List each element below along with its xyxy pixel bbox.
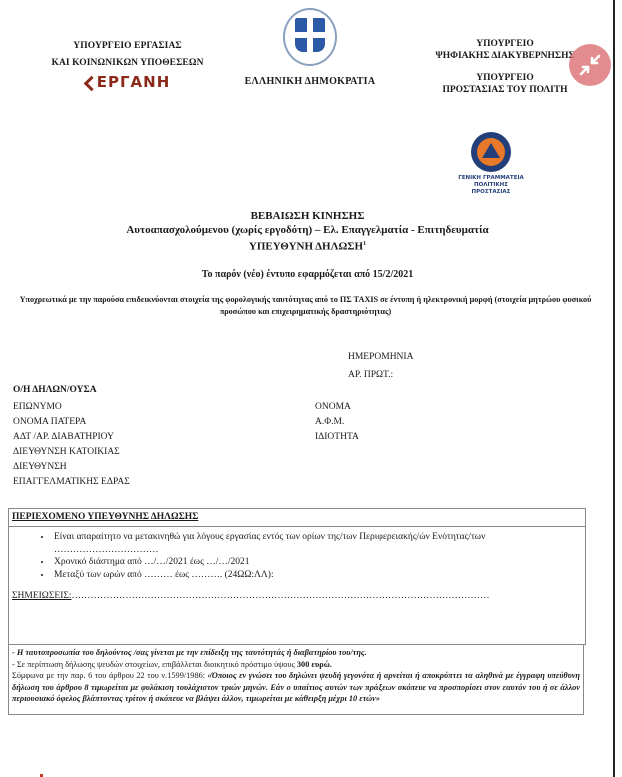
- page-edge-line: [613, 0, 615, 777]
- civil-protection-line-1: ΓΕΝΙΚΗ ΓΡΑΜΜΑΤΕΙΑ: [455, 175, 527, 182]
- effective-date-note: Το παρόν (νέο) έντυπο εφαρμόζεται από 15…: [0, 269, 615, 280]
- bullet-time-period: Χρονικό διάστημα από …/…/2021 έως …/…/20…: [52, 556, 585, 569]
- field-business-address-2: ΕΠΑΓΓΕΛΜΑΤΙΚΗΣ ΕΔΡΑΣ: [13, 475, 130, 490]
- notes-label: ΣΗΜΕΙΩΣΕΙΣ:: [12, 591, 72, 601]
- digital-ministry-line-1: ΥΠΟΥΡΓΕΙΟ: [410, 38, 600, 50]
- footer-fine-text: - Σε περίπτωση δήλωσης ψευδών στοιχείων,…: [12, 660, 297, 669]
- ergani-chevron-icon: [85, 76, 96, 90]
- field-capacity: ΙΔΙΟΤΗΤΑ: [315, 430, 359, 445]
- labour-ministry-line-2: ΚΑΙ ΚΟΙΝΩΝΙΚΩΝ ΥΠΟΘΕΣΕΩΝ: [40, 55, 215, 72]
- date-protocol-block: ΗΜΕΡΟΜΗΝΙΑ ΑΡ. ΠΡΩΤ.:: [348, 348, 413, 384]
- bullet-work-movement: Είναι απαραίτητο να μετακινηθώ για λόγου…: [52, 531, 585, 556]
- document-title: ΒΕΒΑΙΩΣΗ ΚΙΝΗΣΗΣ Αυτοαπασχολούμενου (χωρ…: [0, 209, 615, 254]
- taxis-notice: Υποχρεωτικά με την παρούσα επιδεικνύοντα…: [8, 294, 603, 318]
- footer-fine-amount: 300 ευρώ.: [297, 660, 332, 669]
- ergani-logo: ΕΡΓΑΝΗ: [40, 74, 215, 91]
- hellenic-republic-text: ΕΛΛΗΝΙΚΗ ΔΗΜΟΚΡΑΤΙΑ: [235, 76, 385, 87]
- title-line-1: ΒΕΒΑΙΩΣΗ ΚΙΝΗΣΗΣ: [0, 209, 615, 223]
- shrink-view-button[interactable]: [569, 44, 611, 86]
- title-line-2: Αυτοαπασχολούμενου (χωρίς εργοδότη) – Ελ…: [0, 223, 615, 237]
- field-tax-number: Α.Φ.Μ.: [315, 415, 359, 430]
- bullet-hours: Μεταξύ των ωρών από ……… έως ………. (24ΩΩ:Λ…: [52, 569, 585, 582]
- legal-footer-box: - Η ταυτοπροσωπία του δηλούντος /σας γίν…: [8, 644, 584, 715]
- civil-protection-logo: ΓΕΝΙΚΗ ΓΡΑΜΜΑΤΕΙΑ ΠΟΛΙΤΙΚΗΣ ΠΡΟΣΤΑΣΙΑΣ: [455, 132, 527, 196]
- citizen-protection-line-2: ΠΡΟΣΤΑΣΙΑΣ ΤΟΥ ΠΟΛΙΤΗ: [410, 84, 600, 96]
- shrink-arrows-icon: [578, 53, 602, 77]
- declarant-heading: Ο/Η ΔΗΛΩΝ/ΟΥΣΑ: [13, 385, 97, 395]
- footer-fine-note: - Σε περίπτωση δήλωσης ψευδών στοιχείων,…: [12, 659, 580, 671]
- declarant-fields-left: ΕΠΩΝΥΜΟ ΟΝΟΜΑ ΠΑΤΕΡΑ ΑΔΤ /ΑΡ. ΔΙΑΒΑΤΗΡΙΟ…: [13, 400, 130, 490]
- title-line-3: ΥΠΕΥΘΥΝΗ ΔΗΛΩΣΗ1: [0, 237, 615, 254]
- civil-protection-line-2: ΠΟΛΙΤΙΚΗΣ ΠΡΟΣΤΑΣΙΑΣ: [455, 182, 527, 196]
- content-bullets: Είναι απαραίτητο να μετακινηθώ για λόγου…: [9, 531, 585, 581]
- labour-ministry-line-1: ΥΠΟΥΡΓΕΙΟ ΕΡΓΑΣΙΑΣ: [40, 38, 215, 55]
- field-surname: ΕΠΩΝΥΜΟ: [13, 400, 130, 415]
- field-first-name: ΟΝΟΜΑ: [315, 400, 359, 415]
- notes-dots: ……………………………………………………………………………………………………………: [72, 591, 490, 601]
- field-business-address-1: ΔΙΕΥΘΥΝΣΗ: [13, 460, 130, 475]
- footer-law-quote: Σύμφωνα με την παρ. 6 του άρθρου 22 του …: [12, 670, 580, 705]
- ergani-logo-text: ΕΡΓΑΝΗ: [97, 74, 171, 91]
- greek-coat-of-arms-icon: [283, 8, 337, 64]
- field-home-address: ΔΙΕΥΘΥΝΣΗ ΚΑΤΟΙΚΙΑΣ: [13, 445, 130, 460]
- declarant-fields-right: ΟΝΟΜΑ Α.Φ.Μ. ΙΔΙΟΤΗΤΑ: [315, 400, 359, 445]
- content-heading: ΠΕΡΙΕΧΟΜΕΝΟ ΥΠΕΥΘΥΝΗΣ ΔΗΛΩΣΗΣ: [9, 509, 585, 527]
- field-father-name: ΟΝΟΜΑ ΠΑΤΕΡΑ: [13, 415, 130, 430]
- field-id-passport: ΑΔΤ /ΑΡ. ΔΙΑΒΑΤΗΡΙΟΥ: [13, 430, 130, 445]
- footnote-marker: 1: [363, 241, 366, 247]
- hellenic-republic-header: ΕΛΛΗΝΙΚΗ ΔΗΜΟΚΡΑΤΙΑ: [235, 8, 385, 87]
- footer-law-prefix: Σύμφωνα με την παρ. 6 του άρθρου 22 του …: [12, 671, 208, 680]
- labour-ministry-header: ΥΠΟΥΡΓΕΙΟ ΕΡΓΑΣΙΑΣ ΚΑΙ ΚΟΙΝΩΝΙΚΩΝ ΥΠΟΘΕΣ…: [40, 38, 215, 91]
- title-line-3-text: ΥΠΕΥΘΥΝΗ ΔΗΛΩΣΗ: [249, 241, 363, 253]
- footer-identity-note: - Η ταυτοπροσωπία του δηλούντος /σας γίν…: [12, 647, 580, 659]
- notes-line: ΣΗΜΕΙΩΣΕΙΣ:………………………………………………………………………………: [9, 591, 585, 601]
- protocol-label: ΑΡ. ΠΡΩΤ.:: [348, 366, 413, 384]
- date-label: ΗΜΕΡΟΜΗΝΙΑ: [348, 348, 413, 366]
- civil-protection-seal-icon: [471, 132, 511, 172]
- declaration-content-box: ΠΕΡΙΕΧΟΜΕΝΟ ΥΠΕΥΘΥΝΗΣ ΔΗΛΩΣΗΣ Είναι απαρ…: [8, 508, 586, 645]
